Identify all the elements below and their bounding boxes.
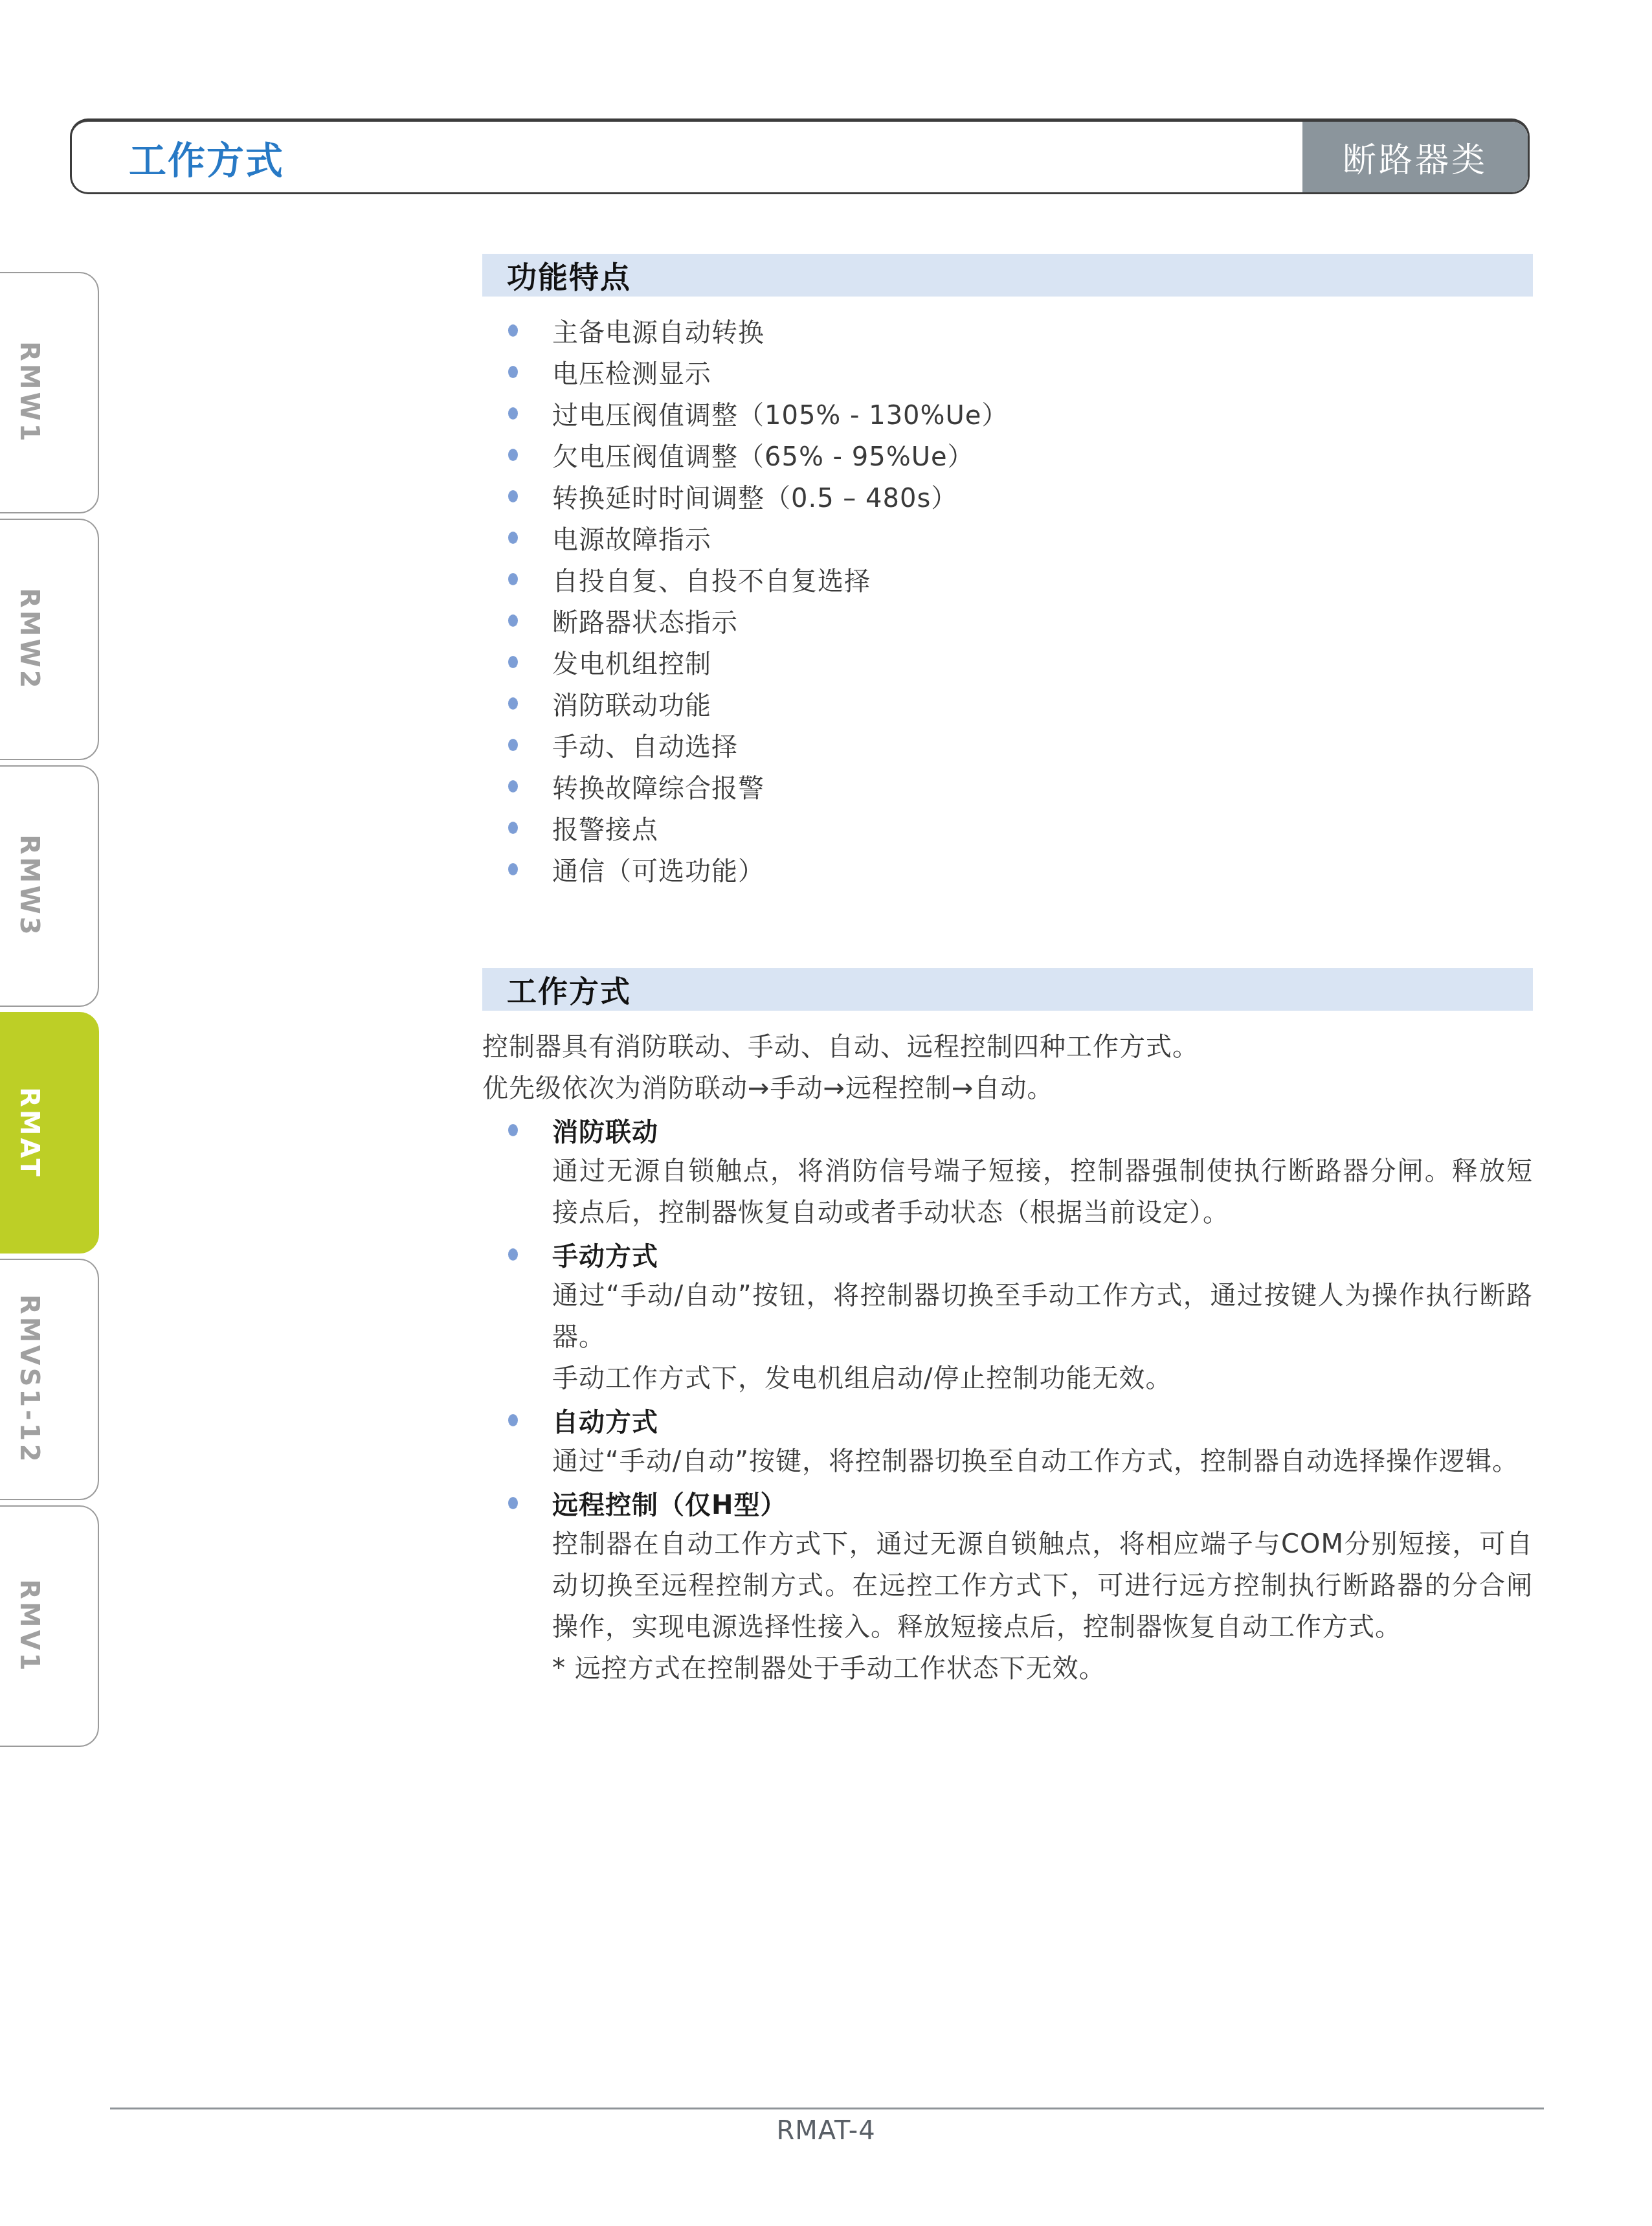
bullet-icon xyxy=(508,1124,518,1136)
sidebar-tab-rmw1[interactable]: RMW1 xyxy=(0,272,99,513)
sidebar-tab-label: RMW2 xyxy=(10,588,44,691)
sidebar-tab-rmw2[interactable]: RMW2 xyxy=(0,519,99,760)
sidebar-tab-label: RMAT xyxy=(10,1087,44,1179)
bullet-icon xyxy=(508,739,518,751)
page-header: 工作方式 断路器类 xyxy=(70,118,1530,194)
feature-item: 欠电压阀值调整（65% - 95%Ue） xyxy=(482,434,1533,475)
mode-heading: 手动方式 xyxy=(482,1233,1533,1275)
feature-item-text: 转换故障综合报警 xyxy=(552,768,765,805)
bullet-icon xyxy=(508,1414,518,1426)
sidebar-tab-label: RMVS1-12 xyxy=(10,1294,44,1464)
mode-paragraph: 通过无源自锁触点，将消防信号端子短接，控制器强制使执行断路器分闸。释放短接点后，… xyxy=(552,1151,1533,1233)
mode-paragraph: * 远控方式在控制器处于手动工作状态下无效。 xyxy=(552,1648,1533,1689)
feature-item-text: 断路器状态指示 xyxy=(552,602,738,639)
bullet-icon xyxy=(508,656,518,668)
bullet-icon xyxy=(508,1497,518,1509)
bullet-icon xyxy=(508,407,518,420)
bullet-icon xyxy=(508,1248,518,1261)
bullet-icon xyxy=(508,449,518,461)
mode-heading: 自动方式 xyxy=(482,1399,1533,1441)
feature-item: 主备电源自动转换 xyxy=(482,309,1533,351)
sidebar-tab-rmvs1-12[interactable]: RMVS1-12 xyxy=(0,1259,99,1500)
feature-item: 发电机组控制 xyxy=(482,641,1533,682)
mode-heading: 消防联动 xyxy=(482,1109,1533,1151)
feature-item-text: 消防联动功能 xyxy=(552,685,711,722)
feature-item: 通信（可选功能） xyxy=(482,848,1533,890)
working-mode-intro: 控制器具有消防联动、手动、自动、远程控制四种工作方式。优先级依次为消防联动→手动… xyxy=(482,1026,1533,1109)
bullet-icon xyxy=(508,324,518,337)
mode-paragraph: 通过“手动/自动”按钮，将控制器切换至手动工作方式，通过按键人为操作执行断路器。 xyxy=(552,1275,1533,1358)
bullet-icon xyxy=(508,614,518,627)
sidebar-tab-label: RMW1 xyxy=(10,341,44,444)
feature-list: 主备电源自动转换电压检测显示过电压阀值调整（105% - 130%Ue）欠电压阀… xyxy=(482,309,1533,890)
mode-heading: 远程控制（仅H型） xyxy=(482,1482,1533,1523)
sidebar-tab-rmw3[interactable]: RMW3 xyxy=(0,765,99,1007)
feature-item: 手动、自动选择 xyxy=(482,724,1533,765)
feature-item-text: 自投自复、自投不自复选择 xyxy=(552,561,871,598)
mode-title: 消防联动 xyxy=(552,1112,658,1149)
feature-item: 断路器状态指示 xyxy=(482,600,1533,641)
feature-item: 电压检测显示 xyxy=(482,351,1533,392)
mode-title: 远程控制（仅H型） xyxy=(552,1485,787,1522)
mode-title: 手动方式 xyxy=(552,1236,658,1273)
sidebar-tab-rmv1[interactable]: RMV1 xyxy=(0,1505,99,1747)
bullet-icon xyxy=(508,366,518,378)
feature-item-text: 通信（可选功能） xyxy=(552,851,765,888)
mode-paragraph: 控制器在自动工作方式下，通过无源自锁触点，将相应端子与COM分别短接，可自动切换… xyxy=(552,1523,1533,1648)
intro-paragraph: 控制器具有消防联动、手动、自动、远程控制四种工作方式。 xyxy=(482,1026,1533,1068)
feature-item: 转换故障综合报警 xyxy=(482,765,1533,807)
mode-description: 通过无源自锁触点，将消防信号端子短接，控制器强制使执行断路器分闸。释放短接点后，… xyxy=(552,1151,1533,1233)
feature-item: 消防联动功能 xyxy=(482,682,1533,724)
sidebar-tab-rmat[interactable]: RMAT xyxy=(0,1012,99,1254)
intro-paragraph: 优先级依次为消防联动→手动→远程控制→自动。 xyxy=(482,1068,1533,1109)
feature-item-text: 欠电压阀值调整（65% - 95%Ue） xyxy=(552,436,974,473)
feature-item-text: 电源故障指示 xyxy=(552,519,711,556)
bullet-icon xyxy=(508,490,518,502)
feature-item: 报警接点 xyxy=(482,807,1533,848)
mode-description: 通过“手动/自动”按键，将控制器切换至自动工作方式，控制器自动选择操作逻辑。 xyxy=(552,1441,1533,1482)
mode-title: 自动方式 xyxy=(552,1402,658,1439)
feature-item-text: 手动、自动选择 xyxy=(552,726,738,763)
category-badge: 断路器类 xyxy=(1302,122,1528,192)
bullet-icon xyxy=(508,573,518,585)
mode-paragraph: 手动工作方式下，发电机组启动/停止控制功能无效。 xyxy=(552,1358,1533,1399)
feature-item: 自投自复、自投不自复选择 xyxy=(482,558,1533,600)
bullet-icon xyxy=(508,780,518,793)
feature-item-text: 电压检测显示 xyxy=(552,354,711,390)
bullet-icon xyxy=(508,822,518,834)
mode-description: 通过“手动/自动”按钮，将控制器切换至手动工作方式，通过按键人为操作执行断路器。… xyxy=(552,1275,1533,1399)
bullet-icon xyxy=(508,697,518,710)
feature-item-text: 报警接点 xyxy=(552,809,658,846)
bullet-icon xyxy=(508,532,518,544)
feature-item: 电源故障指示 xyxy=(482,517,1533,558)
sidebar-tab-label: RMV1 xyxy=(10,1579,44,1673)
section-heading-features: 功能特点 xyxy=(482,254,1533,297)
feature-item-text: 过电压阀值调整（105% - 130%Ue） xyxy=(552,395,1008,432)
main-content: 功能特点 主备电源自动转换电压检测显示过电压阀值调整（105% - 130%Ue… xyxy=(482,254,1533,1689)
feature-item-text: 发电机组控制 xyxy=(552,644,711,680)
sidebar-tab-label: RMW3 xyxy=(10,835,44,938)
feature-item: 转换延时时间调整（0.5 – 480s） xyxy=(482,475,1533,517)
feature-item-text: 转换延时时间调整（0.5 – 480s） xyxy=(552,478,957,515)
page-number: RMAT-4 xyxy=(0,2116,1652,2146)
bullet-icon xyxy=(508,863,518,875)
section-heading-working-mode: 工作方式 xyxy=(482,968,1533,1011)
feature-item-text: 主备电源自动转换 xyxy=(552,312,765,349)
working-mode-list: 消防联动通过无源自锁触点，将消防信号端子短接，控制器强制使执行断路器分闸。释放短… xyxy=(482,1109,1533,1689)
footer-divider xyxy=(110,2108,1544,2109)
mode-description: 控制器在自动工作方式下，通过无源自锁触点，将相应端子与COM分别短接，可自动切换… xyxy=(552,1523,1533,1689)
feature-item: 过电压阀值调整（105% - 130%Ue） xyxy=(482,392,1533,434)
sidebar-tabs: RMW1RMW2RMW3RMATRMVS1-12RMV1 xyxy=(0,0,104,2226)
page-title: 工作方式 xyxy=(72,130,284,185)
mode-paragraph: 通过“手动/自动”按键，将控制器切换至自动工作方式，控制器自动选择操作逻辑。 xyxy=(552,1441,1533,1482)
